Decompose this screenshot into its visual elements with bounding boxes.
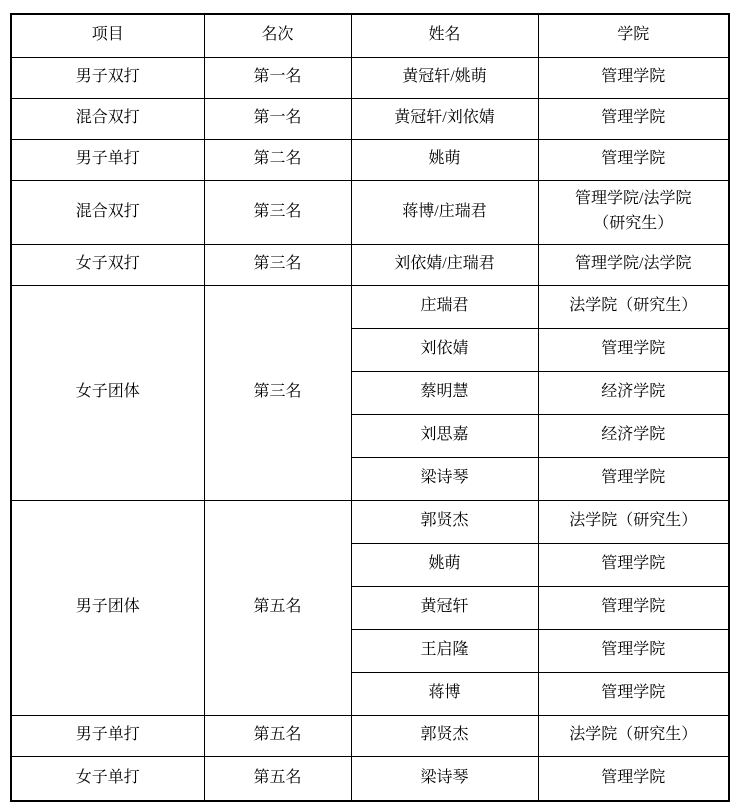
table-row: 女子团体 第三名 庄瑞君 法学院（研究生）: [11, 285, 729, 328]
college-cell: 管理学院/法学院: [538, 244, 729, 285]
rank-cell: 第一名: [204, 57, 351, 98]
college-cell: 管理学院: [538, 98, 729, 139]
event-cell: 男子团体: [11, 500, 204, 715]
name-cell: 黄冠轩: [351, 586, 538, 629]
event-cell: 男子双打: [11, 57, 204, 98]
college-cell: 管理学院: [538, 328, 729, 371]
college-cell: 法学院（研究生）: [538, 715, 729, 756]
event-cell: 混合双打: [11, 98, 204, 139]
event-cell: 女子单打: [11, 756, 204, 801]
college-cell: 管理学院: [538, 57, 729, 98]
event-cell: 女子双打: [11, 244, 204, 285]
rank-cell: 第一名: [204, 98, 351, 139]
table-row: 男子团体 第五名 郭贤杰 法学院（研究生）: [11, 500, 729, 543]
college-cell: 管理学院: [538, 586, 729, 629]
college-cell: 管理学院/法学院 （研究生）: [538, 180, 729, 244]
table-row: 女子双打 第三名 刘依婧/庄瑞君 管理学院/法学院: [11, 244, 729, 285]
rank-cell: 第三名: [204, 180, 351, 244]
college-cell: 经济学院: [538, 414, 729, 457]
rank-cell: 第二名: [204, 139, 351, 180]
name-cell: 刘思嘉: [351, 414, 538, 457]
table-row: 男子单打 第五名 郭贤杰 法学院（研究生）: [11, 715, 729, 756]
name-cell: 刘依婧: [351, 328, 538, 371]
name-cell: 蒋博/庄瑞君: [351, 180, 538, 244]
column-header-college: 学院: [538, 14, 729, 57]
event-cell: 女子团体: [11, 285, 204, 500]
column-header-event: 项目: [11, 14, 204, 57]
rank-cell: 第五名: [204, 756, 351, 801]
name-cell: 蒋博: [351, 672, 538, 715]
college-cell: 管理学院: [538, 543, 729, 586]
table-row: 女子单打 第五名 梁诗琴 管理学院: [11, 756, 729, 801]
results-table: 项目 名次 姓名 学院 男子双打 第一名 黄冠轩/姚萌 管理学院 混合双打 第一…: [10, 13, 730, 802]
name-cell: 梁诗琴: [351, 756, 538, 801]
name-cell: 黄冠轩/姚萌: [351, 57, 538, 98]
rank-cell: 第三名: [204, 285, 351, 500]
name-cell: 刘依婧/庄瑞君: [351, 244, 538, 285]
table-row: 男子双打 第一名 黄冠轩/姚萌 管理学院: [11, 57, 729, 98]
college-cell: 法学院（研究生）: [538, 285, 729, 328]
table-row: 混合双打 第一名 黄冠轩/刘依婧 管理学院: [11, 98, 729, 139]
college-cell: 管理学院: [538, 457, 729, 500]
name-cell: 郭贤杰: [351, 715, 538, 756]
column-header-name: 姓名: [351, 14, 538, 57]
college-cell: 法学院（研究生）: [538, 500, 729, 543]
rank-cell: 第五名: [204, 500, 351, 715]
name-cell: 姚萌: [351, 139, 538, 180]
table-row: 混合双打 第三名 蒋博/庄瑞君 管理学院/法学院 （研究生）: [11, 180, 729, 244]
name-cell: 姚萌: [351, 543, 538, 586]
college-cell: 管理学院: [538, 672, 729, 715]
event-cell: 混合双打: [11, 180, 204, 244]
college-cell: 管理学院: [538, 139, 729, 180]
column-header-rank: 名次: [204, 14, 351, 57]
college-cell: 经济学院: [538, 371, 729, 414]
event-cell: 男子单打: [11, 139, 204, 180]
event-cell: 男子单打: [11, 715, 204, 756]
college-cell: 管理学院: [538, 629, 729, 672]
name-cell: 黄冠轩/刘依婧: [351, 98, 538, 139]
name-cell: 梁诗琴: [351, 457, 538, 500]
college-cell: 管理学院: [538, 756, 729, 801]
table-row: 男子单打 第二名 姚萌 管理学院: [11, 139, 729, 180]
rank-cell: 第五名: [204, 715, 351, 756]
results-table-container: 项目 名次 姓名 学院 男子双打 第一名 黄冠轩/姚萌 管理学院 混合双打 第一…: [10, 13, 730, 802]
name-cell: 郭贤杰: [351, 500, 538, 543]
name-cell: 王启隆: [351, 629, 538, 672]
header-row: 项目 名次 姓名 学院: [11, 14, 729, 57]
name-cell: 庄瑞君: [351, 285, 538, 328]
rank-cell: 第三名: [204, 244, 351, 285]
name-cell: 蔡明慧: [351, 371, 538, 414]
